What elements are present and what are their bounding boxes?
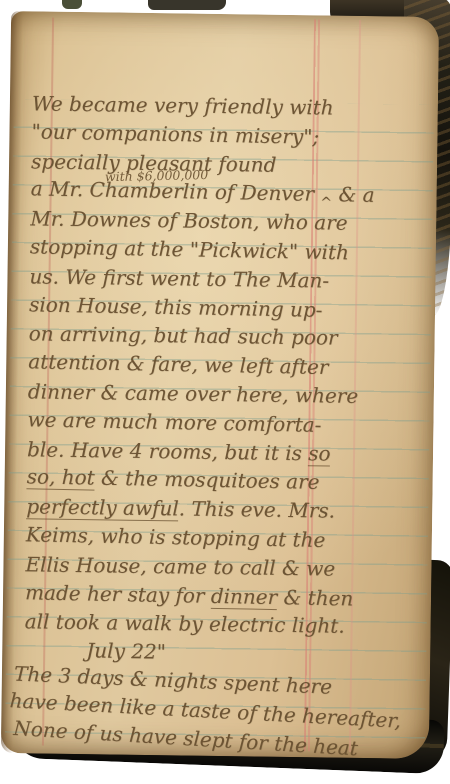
diary-page: We became very friendly with"our compani… (1, 11, 439, 759)
notebook-photo: We became very friendly with"our compani… (0, 0, 450, 784)
insertion-caret: ^ (320, 195, 332, 211)
handwriting-lines: We became very friendly with"our compani… (23, 89, 430, 757)
interline-insertion: with $6,000,000 (105, 167, 209, 184)
torn-paper-fragment (62, 0, 82, 9)
torn-paper-fragment (148, 0, 226, 10)
